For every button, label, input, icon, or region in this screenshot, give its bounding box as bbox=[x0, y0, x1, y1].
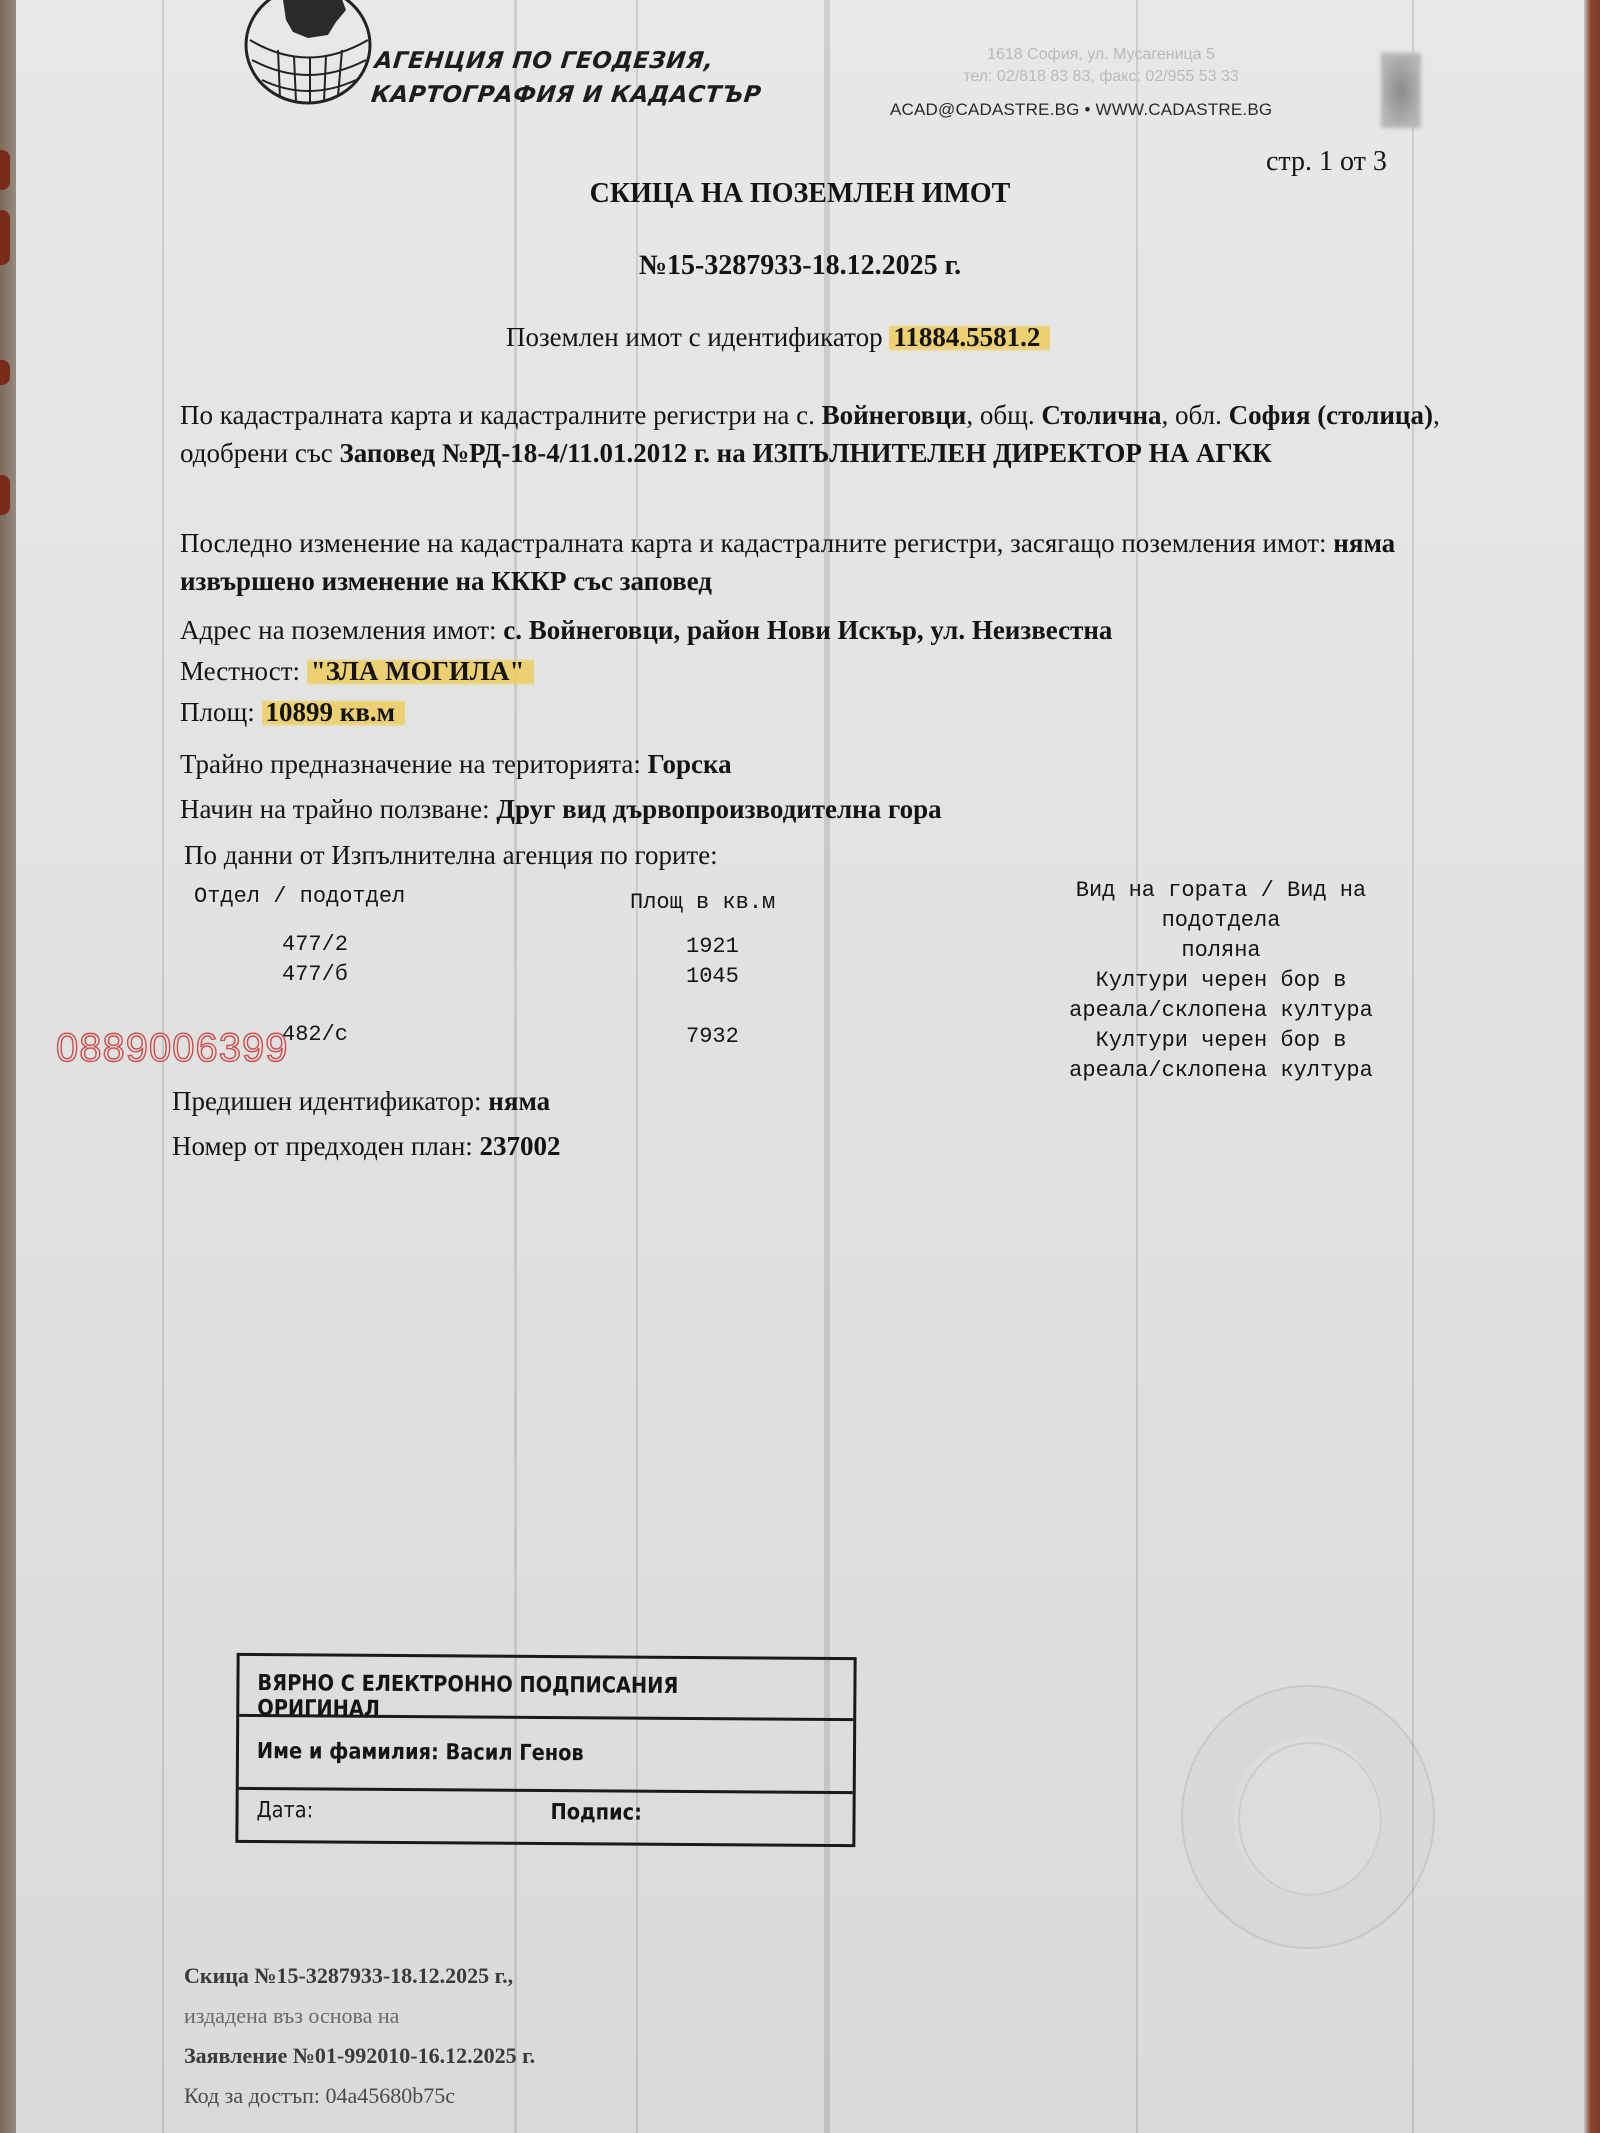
previous-plan-label: Номер от предходен план: bbox=[172, 1131, 473, 1161]
stamp-date-label: Дата: bbox=[256, 1798, 313, 1823]
footer-issued-basis: издадена въз основа на bbox=[184, 1996, 535, 2036]
forest-header-type-line-2: подотдела bbox=[1006, 906, 1436, 936]
area-value: 10899 кв.м bbox=[262, 697, 406, 727]
previous-identifier-label: Предишен идентификатор: bbox=[172, 1086, 482, 1116]
binder-hole bbox=[0, 475, 10, 515]
stamp-header-row: ВЯРНО С ЕЛЕКТРОННО ПОДПИСАНИЯ ОРИГИНАЛ bbox=[239, 1656, 853, 1721]
address: Адрес на поземления имот: с. Войнеговци,… bbox=[180, 611, 1480, 649]
page-indicator: стр. 1 от 3 bbox=[1266, 146, 1387, 178]
footer-application-number: Заявление №01-992010-16.12.2025 г. bbox=[184, 2036, 535, 2076]
municipality: Столична bbox=[1041, 400, 1161, 430]
previous-plan-value: 237002 bbox=[480, 1131, 561, 1161]
footer-access-code: Код за достъп: 04a45680b75c bbox=[184, 2076, 535, 2116]
forest-row-type: поляна bbox=[1006, 936, 1436, 966]
identifier-label: Поземлен имот с идентификатор bbox=[506, 322, 883, 352]
area-label: Площ: bbox=[180, 697, 255, 727]
locality: Местност: "ЗЛА МОГИЛА" bbox=[180, 652, 1480, 690]
purpose-label: Трайно предназначение на територията: bbox=[180, 749, 641, 779]
forest-header-type-line-1: Вид на гората / Вид на bbox=[1006, 876, 1436, 906]
stamp-name-row: Име и фамилия: Васил Генов bbox=[239, 1717, 853, 1794]
identifier-value: 11884.5581.2 bbox=[889, 322, 1050, 352]
forest-row-area: 7932 bbox=[686, 1022, 739, 1052]
usage-label: Начин на трайно ползване: bbox=[180, 794, 490, 824]
forest-row-section: 482/с bbox=[282, 1020, 348, 1050]
binder-hole bbox=[0, 210, 10, 265]
address-label: Адрес на поземления имот: bbox=[180, 615, 497, 645]
blurred-code-icon bbox=[1381, 53, 1421, 128]
document-page: АГЕНЦИЯ ПО ГЕОДЕЗИЯ, КАРТОГРАФИЯ И КАДАС… bbox=[16, 0, 1584, 2133]
agency-contact-faded: 1618 София, ул. Мусагеница 5 тел: 02/818… bbox=[891, 44, 1311, 88]
last-change: Последно изменение на кадастралната карт… bbox=[180, 524, 1480, 600]
purpose: Трайно предназначение на територията: Го… bbox=[180, 745, 1480, 783]
previous-plan: Номер от предходен план: 237002 bbox=[172, 1127, 1472, 1165]
footer-sketch-number: Скица №15-3287933-18.12.2025 г., bbox=[184, 1956, 535, 1996]
previous-identifier-value: няма bbox=[488, 1086, 550, 1116]
forest-row-type: Култури черен бор в ареала/склопена култ… bbox=[1006, 966, 1436, 1026]
forest-row-section: 477/б bbox=[282, 960, 348, 990]
last-change-label: Последно изменение на кадастралната карт… bbox=[180, 528, 1327, 558]
binder-hole bbox=[0, 150, 10, 190]
stamp-signature-label: Подпис: bbox=[550, 1800, 641, 1826]
stamp-name: Име и фамилия: Васил Генов bbox=[257, 1739, 584, 1766]
forest-row-section: 477/2 bbox=[282, 930, 348, 960]
cadastre-paragraph: По кадастралната карта и кадастралните р… bbox=[180, 396, 1480, 472]
agency-email-website: ACAD@CADASTRE.BG • WWW.CADASTRE.BG bbox=[890, 100, 1272, 120]
usage-value: Друг вид дървопроизводителна гора bbox=[496, 794, 941, 824]
stamp-date-row: Дата: Подпис: bbox=[238, 1790, 852, 1842]
previous-identifier: Предишен идентификатор: няма bbox=[172, 1082, 1472, 1120]
agency-address: 1618 София, ул. Мусагеница 5 bbox=[891, 44, 1311, 66]
agency-globe-logo-icon bbox=[228, 0, 378, 110]
forest-header-section: Отдел / подотдел bbox=[194, 882, 405, 912]
phone-watermark: 0889006399 bbox=[56, 1026, 288, 1071]
forest-row-area: 1921 bbox=[686, 932, 739, 962]
sep: , обл. bbox=[1162, 400, 1222, 430]
identifier-line: Поземлен имот с идентификатор 11884.5581… bbox=[506, 322, 1050, 353]
area: Площ: 10899 кв.м bbox=[180, 693, 1480, 731]
forest-row-type-line-2: ареала/склопена култура bbox=[1006, 996, 1436, 1026]
forest-header-area: Площ в кв.м bbox=[630, 888, 775, 918]
locality-label: Местност: bbox=[180, 656, 300, 686]
table-background-right bbox=[1584, 0, 1600, 2133]
document-title: СКИЦА НА ПОЗЕМЛЕН ИМОТ bbox=[16, 178, 1584, 210]
agency-name-line-2: КАРТОГРАФИЯ И КАДАСТЪР bbox=[369, 78, 763, 112]
forest-row-type-line-1: Култури черен бор в bbox=[1006, 966, 1436, 996]
agency-name-line-1: АГЕНЦИЯ ПО ГЕОДЕЗИЯ, bbox=[373, 44, 767, 78]
document-number: №15-3287933-18.12.2025 г. bbox=[16, 250, 1584, 282]
usage: Начин на трайно ползване: Друг вид дърво… bbox=[180, 790, 1480, 828]
locality-value: "ЗЛА МОГИЛА" bbox=[307, 656, 535, 686]
forest-row-area: 1045 bbox=[686, 962, 739, 992]
cadastre-intro: По кадастралната карта и кадастралните р… bbox=[180, 400, 815, 430]
village: Войнеговци bbox=[822, 400, 967, 430]
approval-order: Заповед №РД-18-4/11.01.2012 г. на ИЗПЪЛН… bbox=[340, 438, 1272, 468]
address-value: с. Войнеговци, район Нови Искър, ул. Неи… bbox=[503, 615, 1112, 645]
footer-block: Скица №15-3287933-18.12.2025 г., издаден… bbox=[184, 1956, 535, 2116]
forest-row-type: Култури черен бор в ареала/склопена култ… bbox=[1006, 1026, 1436, 1086]
purpose-value: Горска bbox=[648, 749, 732, 779]
sep: , общ. bbox=[966, 400, 1034, 430]
faded-seal-icon bbox=[1181, 1685, 1435, 1949]
forest-data-intro: По данни от Изпълнителна агенция по гори… bbox=[184, 836, 1484, 874]
forest-row-type-line-1: Култури черен бор в bbox=[1006, 1026, 1436, 1056]
certification-stamp: ВЯРНО С ЕЛЕКТРОННО ПОДПИСАНИЯ ОРИГИНАЛ И… bbox=[235, 1653, 856, 1847]
agency-name: АГЕНЦИЯ ПО ГЕОДЕЗИЯ, КАРТОГРАФИЯ И КАДАС… bbox=[369, 44, 766, 112]
binder-hole bbox=[0, 360, 10, 385]
agency-phone: тел: 02/818 83 83, факс: 02/955 53 33 bbox=[891, 66, 1311, 88]
region: София (столица) bbox=[1229, 400, 1433, 430]
forest-header-type: Вид на гората / Вид на подотдела bbox=[1006, 876, 1436, 936]
